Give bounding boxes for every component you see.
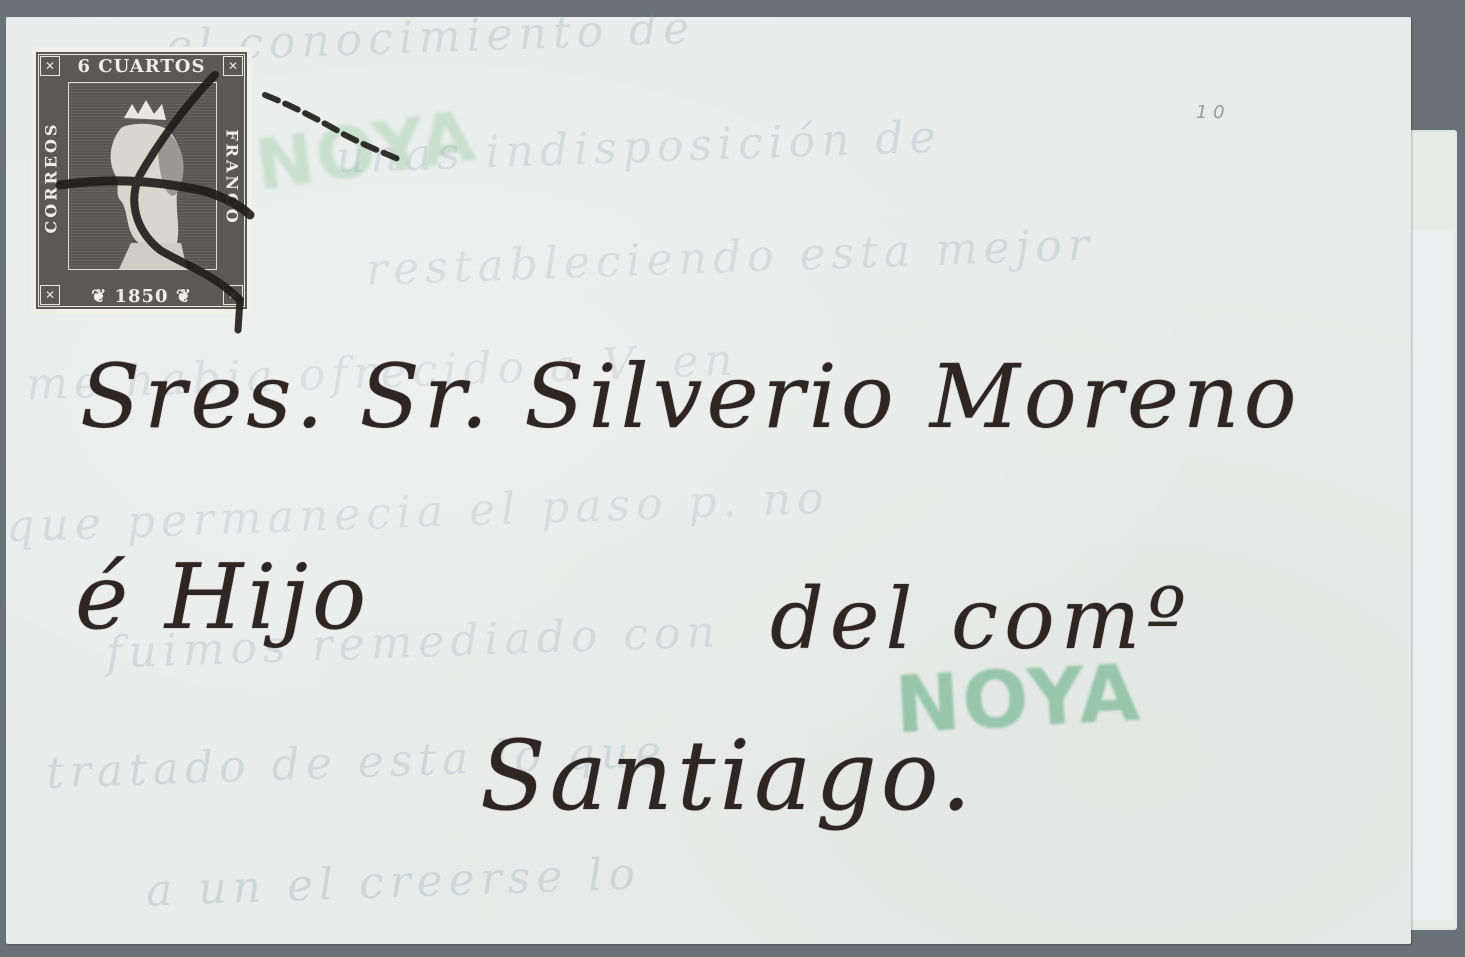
ghost-line: a un el creerse lo xyxy=(145,848,641,916)
stamp-year: ❦ 1850 ❦ xyxy=(36,286,247,307)
stamp-right-label: FRANCO xyxy=(220,92,244,262)
queen-portrait-icon xyxy=(68,82,217,270)
stamp-left-label: CORREOS xyxy=(39,92,63,262)
pencil-note: 1 0 xyxy=(1196,102,1225,123)
address-line-4: Santiago. xyxy=(480,720,975,832)
address-line-3: del comº xyxy=(770,570,1192,668)
ghost-line: que permanecia el paso p. no xyxy=(5,473,830,553)
postage-stamp: ✕ ✕ ✕ ✕ 6 CUARTOS CORREOS FRANCO ❦ 1850 … xyxy=(31,47,252,314)
address-line-1: Sres. Sr. Silverio Moreno xyxy=(80,345,1301,448)
ghost-line: restableciendo esta mejor xyxy=(365,219,1095,295)
stamp-value: 6 CUARTOS xyxy=(36,56,247,77)
address-line-2: é Hijo xyxy=(75,545,370,650)
